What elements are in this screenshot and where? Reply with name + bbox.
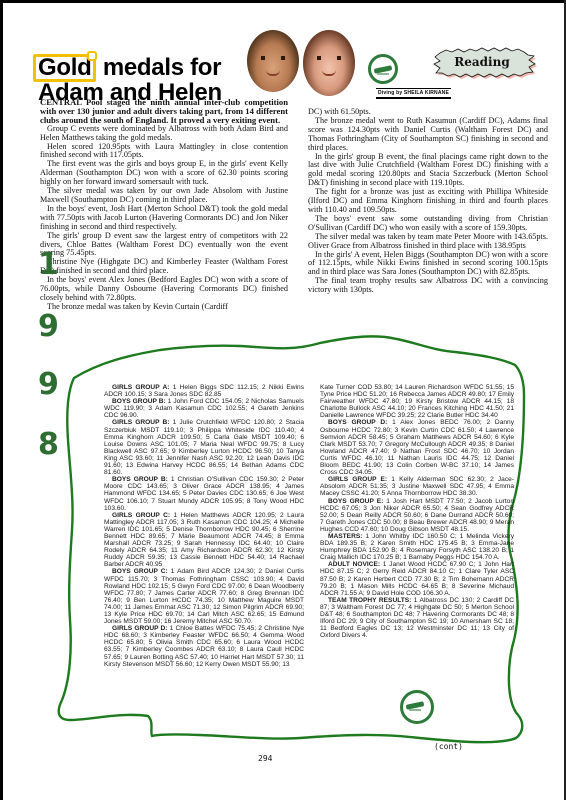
results-entry: GIRLS GROUP B: 1 Julie Crutchfield WFDC … [104,419,304,476]
results-column-right: Kate Turner COD 53.80; 14 Lauren Richard… [320,384,514,639]
results-entry: BOYS GROUP E: 1 Josh Hart MSDT 77.50; 2 … [320,498,514,533]
results-entry: BOYS GROUP B: 1 John Ford CDC 154.05; 2 … [104,398,304,419]
results-heading: BOYS GROUP E: [328,498,383,505]
results-text: 1 Julie Crutchfield WFDC 120.80; 2 Staci… [104,419,304,476]
results-text: 1 Albatross DC 130; 2 Cardiff DC 87; 3 W… [320,597,514,639]
results-heading: GIRLS GROUP C: [112,512,170,519]
results-heading: MASTERS: [328,533,362,540]
results-heading: BOYS GROUP B: [112,476,168,483]
results-entry: MASTERS: 1 John Whitby IDC 160.50 C; 1 M… [320,533,514,561]
results-heading: GIRLS GROUP A: [112,384,169,391]
club-logo-icon [400,690,434,724]
continued-note: (cont) [434,742,463,751]
results-column-left: GIRLS GROUP A: 1 Helen Biggs SDC 112.15;… [104,384,304,668]
results-entry: GIRLS GROUP C: 1 Helen Matthews ADCR 120… [104,512,304,569]
results-entry: BOYS GROUP C: 1 Adam Bird ADCR 124.30; 2… [104,568,304,625]
results-heading: BOYS GROUP D: [328,419,387,426]
results-entry: TEAM TROPHY RESULTS: 1 Albatross DC 130;… [320,597,514,640]
results-entry: BOYS GROUP B: 1 Christian O'Sullivan CDC… [104,476,304,511]
results-heading: BOYS GROUP C: [112,568,168,575]
results-heading: ADULT NOVICE: [328,561,380,568]
results-entry: BOYS GROUP D: 1 Alex Jones BEDC 76.00; 2… [320,419,514,476]
results-entry: ADULT NOVICE: 1 Janet Wood HCDC 67.90 C;… [320,561,514,596]
results-heading: GIRLS GROUP E: [328,476,387,483]
results-text: 1 Adam Bird ADCR 124.30; 2 Daniel Curtis… [104,568,304,625]
results-text: 1 Chloe Battes WFDC 75.45; 2 Christine N… [104,625,304,667]
results-entry: GIRLS GROUP E: 1 Kelly Alderman SDC 62.3… [320,476,514,497]
results-heading: GIRLS GROUP D: [112,625,168,632]
results-continuation: Kate Turner COD 53.80; 14 Lauren Richard… [320,384,514,419]
page-number: 294 [258,754,272,763]
results-entry: GIRLS GROUP D: 1 Chloe Battes WFDC 75.45… [104,625,304,668]
results-heading: GIRLS GROUP B: [112,419,169,426]
results-text: 1 Helen Matthews ADCR 120.95; 2 Laura Ma… [104,512,304,569]
results-text: 1 Alex Jones BEDC 76.00; 2 Danny Osbourn… [320,419,514,476]
results-entry: GIRLS GROUP A: 1 Helen Biggs SDC 112.15;… [104,384,304,398]
results-heading: TEAM TROPHY RESULTS: [328,597,411,604]
results-heading: BOYS GROUP B: [112,398,166,405]
